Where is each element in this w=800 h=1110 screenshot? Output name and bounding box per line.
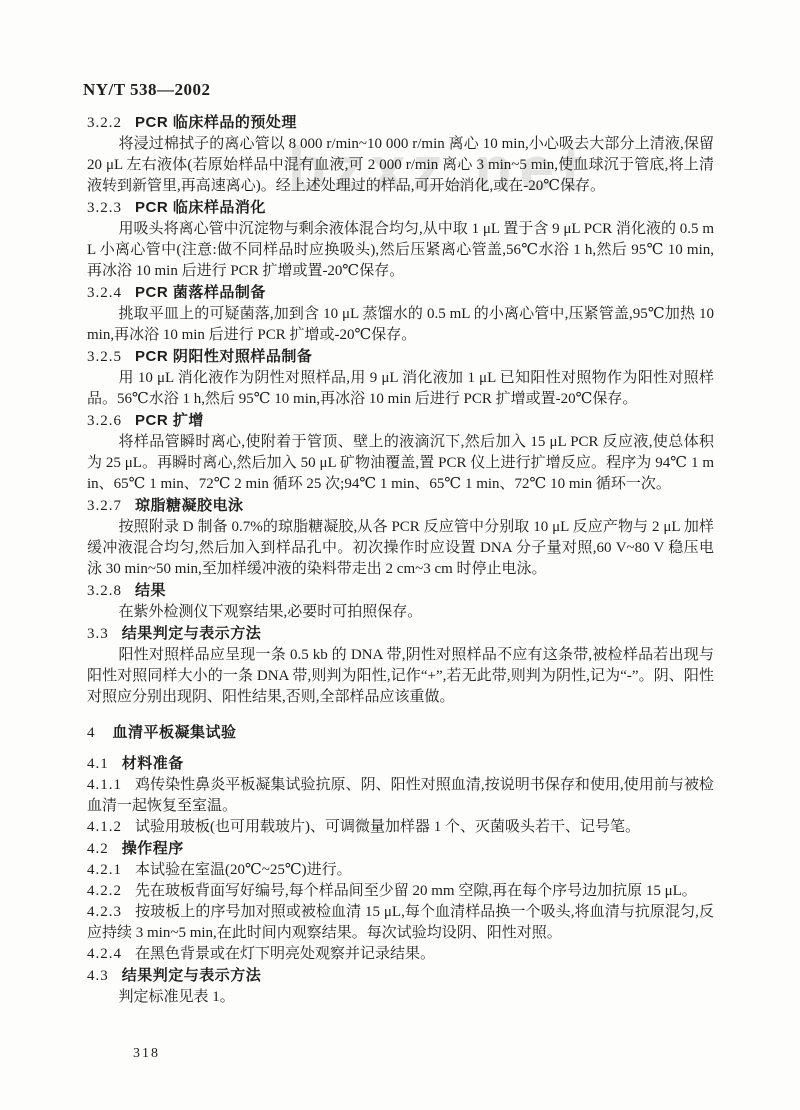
clause-number: 3.2.3	[87, 200, 122, 216]
document-content: 3.2.2PCR 临床样品的预处理将浸过棉拭子的离心管以 8 000 r/min…	[87, 112, 714, 1008]
clause-heading: 3.3结果判定与表示方法	[87, 623, 714, 645]
clause-number: 4.1.1	[87, 777, 122, 793]
clause-title: PCR 菌落样品制备	[135, 284, 266, 301]
clause-number: 3.2.6	[87, 413, 122, 429]
clause-number: 3.2.5	[87, 349, 122, 365]
paragraph: 将样品管瞬时离心,使附着于管顶、壁上的液滴沉下,然后加入 15 μL PCR 反…	[87, 432, 714, 495]
paragraph-text: 本试验在室温(20℃~25℃)进行。	[135, 862, 352, 878]
clause-title: 血清平板凝集试验	[113, 724, 237, 741]
clause-title: PCR 阴阳性对照样品制备	[135, 348, 312, 365]
clause-heading: 3.2.4PCR 菌落样品制备	[87, 282, 714, 304]
clause-number: 4.1.2	[87, 819, 122, 835]
clause-title: 结果	[135, 582, 166, 599]
paragraph: 阳性对照样品应呈现一条 0.5 kb 的 DNA 带,阴性对照样品不应有这条带,…	[87, 645, 714, 708]
clause-heading: 4.3结果判定与表示方法	[87, 965, 714, 987]
clause-heading: 3.2.6PCR 扩增	[87, 410, 714, 432]
clause-number: 3.2.7	[87, 498, 122, 514]
clause-heading: 3.2.2PCR 临床样品的预处理	[87, 112, 714, 134]
chapter-heading: 4血清平板凝集试验	[87, 722, 714, 744]
numbered-paragraph: 4.1.1鸡传染性鼻炎平板凝集试验抗原、阴、阳性对照血清,按说明书保存和使用,使…	[87, 775, 714, 817]
clause-number: 4.2.4	[87, 946, 122, 962]
clause-title: PCR 临床样品消化	[135, 199, 266, 216]
standard-number: NY/T 538—2002	[83, 80, 211, 100]
clause-number: 3.3	[87, 626, 109, 642]
paragraph-text: 按玻板上的序号加对照或被检血清 15 μL,每个血清样品换一个吸头,将血清与抗原…	[87, 904, 714, 941]
clause-number: 4.2.3	[87, 904, 122, 920]
numbered-paragraph: 4.2.2先在玻板背面写好编号,每个样品间至少留 20 mm 空隙,再在每个序号…	[87, 881, 714, 902]
clause-heading: 3.2.8结果	[87, 580, 714, 602]
clause-number: 4	[87, 725, 96, 741]
clause-title: 操作程序	[122, 840, 184, 857]
paragraph: 判定标准见表 1。	[87, 987, 714, 1008]
clause-title: 琼脂糖凝胶电泳	[135, 497, 244, 514]
clause-number: 4.2.2	[87, 883, 122, 899]
paragraph: 用吸头将离心管中沉淀物与剩余液体混合均匀,从中取 1 μL 置于含 9 μL P…	[87, 219, 714, 282]
clause-title: PCR 扩增	[135, 412, 204, 429]
document-page: bzxz.net NY/T 538—2002 3.2.2PCR 临床样品的预处理…	[0, 0, 800, 1110]
numbered-paragraph: 4.2.1本试验在室温(20℃~25℃)进行。	[87, 860, 714, 881]
clause-number: 4.2.1	[87, 862, 122, 878]
clause-heading: 3.2.5PCR 阴阳性对照样品制备	[87, 346, 714, 368]
clause-title: 材料准备	[122, 755, 184, 772]
numbered-paragraph: 4.2.3按玻板上的序号加对照或被检血清 15 μL,每个血清样品换一个吸头,将…	[87, 902, 714, 944]
clause-heading: 3.2.3PCR 临床样品消化	[87, 197, 714, 219]
paragraph-text: 试验用玻板(也可用载玻片)、可调微量加样器 1 个、灭菌吸头若干、记号笔。	[135, 819, 640, 835]
clause-number: 3.2.4	[87, 285, 122, 301]
paragraph: 用 10 μL 消化液作为阴性对照样品,用 9 μL 消化液加 1 μL 已知阳…	[87, 368, 714, 410]
paragraph: 将浸过棉拭子的离心管以 8 000 r/min~10 000 r/min 离心 …	[87, 134, 714, 197]
clause-number: 3.2.2	[87, 115, 122, 131]
clause-number: 4.1	[87, 756, 109, 772]
paragraph: 在紫外检测仪下观察结果,必要时可拍照保存。	[87, 602, 714, 623]
paragraph-text: 先在玻板背面写好编号,每个样品间至少留 20 mm 空隙,再在每个序号边加抗原 …	[135, 883, 697, 899]
paragraph: 挑取平皿上的可疑菌落,加到含 10 μL 蒸馏水的 0.5 mL 的小离心管中,…	[87, 304, 714, 346]
paragraph-text: 在黑色背景或在灯下明亮处观察并记录结果。	[135, 946, 435, 962]
clause-title: PCR 临床样品的预处理	[135, 114, 297, 131]
numbered-paragraph: 4.2.4在黑色背景或在灯下明亮处观察并记录结果。	[87, 944, 714, 965]
clause-title: 结果判定与表示方法	[122, 967, 262, 984]
page-number: 318	[133, 1046, 160, 1062]
numbered-paragraph: 4.1.2试验用玻板(也可用载玻片)、可调微量加样器 1 个、灭菌吸头若干、记号…	[87, 817, 714, 838]
paragraph: 按照附录 D 制备 0.7%的琼脂糖凝胶,从各 PCR 反应管中分别取 10 μ…	[87, 517, 714, 580]
clause-number: 4.3	[87, 968, 109, 984]
clause-heading: 3.2.7琼脂糖凝胶电泳	[87, 495, 714, 517]
clause-heading: 4.2操作程序	[87, 838, 714, 860]
clause-number: 4.2	[87, 841, 109, 857]
clause-heading: 4.1材料准备	[87, 753, 714, 775]
paragraph-text: 鸡传染性鼻炎平板凝集试验抗原、阴、阳性对照血清,按说明书保存和使用,使用前与被检…	[87, 777, 714, 814]
clause-title: 结果判定与表示方法	[122, 625, 262, 642]
clause-number: 3.2.8	[87, 583, 122, 599]
